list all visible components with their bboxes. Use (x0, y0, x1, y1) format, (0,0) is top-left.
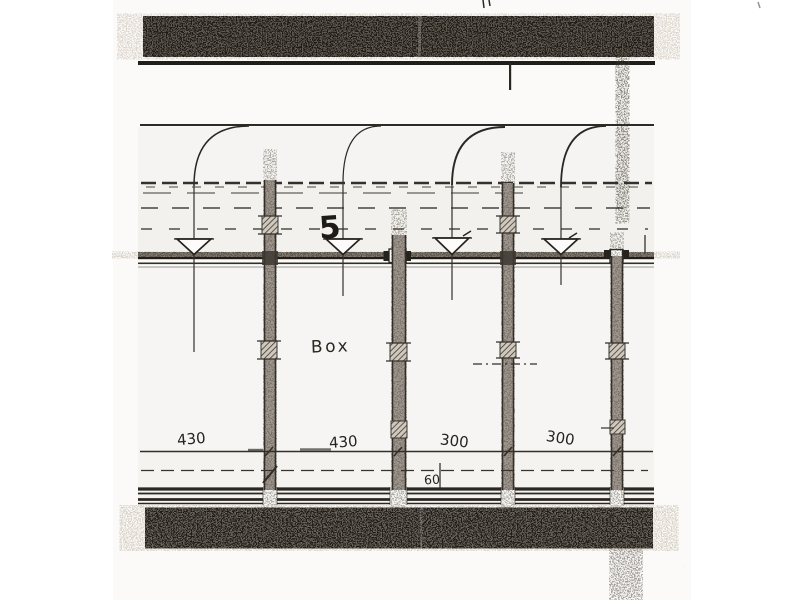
dimension-60-offset: 60 (424, 472, 441, 488)
scan-noise-overlay (108, 0, 693, 600)
room-label: Box (311, 336, 351, 357)
dimension-430-mid: 430 (328, 432, 358, 452)
architectural-plan-scan: 5 Box 430 430 300 300 60 (0, 0, 800, 600)
dimension-300-left: 300 (439, 430, 470, 451)
dimension-430-left: 430 (176, 429, 206, 449)
unit-number-label: 5 (318, 209, 342, 246)
plan-drawing-canvas (0, 0, 800, 600)
